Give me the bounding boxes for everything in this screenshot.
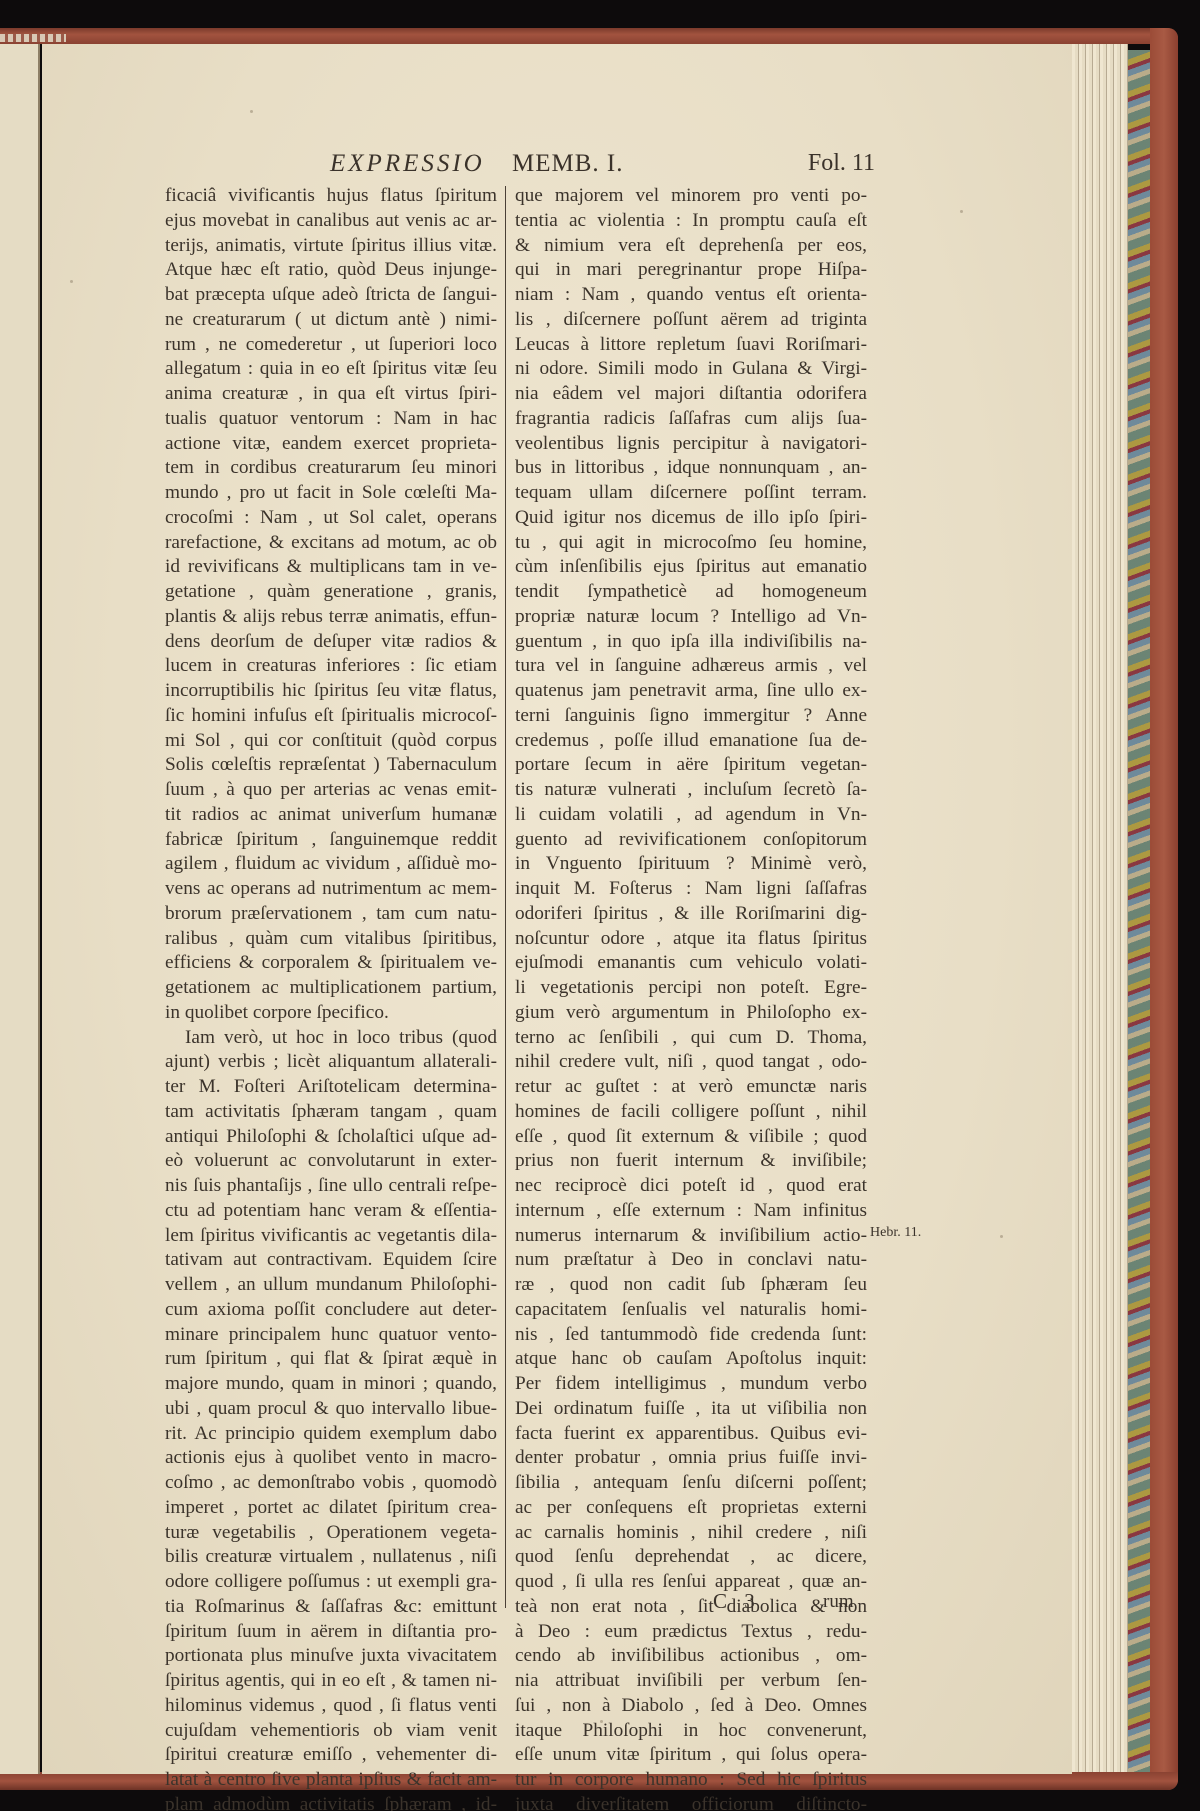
text-line: id revivificans & multiplicans tam in ve… <box>165 555 497 580</box>
text-line: vens ac operans ad nutrimentum ac mem- <box>165 877 497 902</box>
text-line: denter probatur , omnia prius fuiſſe inv… <box>515 1446 867 1471</box>
text-line: Quid igitur nos dicemus de illo ipſo ſpi… <box>515 506 867 531</box>
text-line: tur in corpore humano : Sed hic ſpiritus <box>515 1768 867 1793</box>
text-line: nihil credere vult, niſi , quod tangat ,… <box>515 1050 867 1075</box>
text-line: tu , qui agit in microcoſmo ſeu homine, <box>515 531 867 556</box>
text-line: ſic homini infuſus eſt ſpiritualis micro… <box>165 704 497 729</box>
book-cover-top-edge <box>0 28 1178 44</box>
text-line: ſibilia , antequam ſenſu diſcerni poſſen… <box>515 1471 867 1496</box>
text-line: cujuſdam vehementioris ob viam venit <box>165 1719 497 1744</box>
text-line: nia attribuat inviſibili per verbum ſen- <box>515 1669 867 1694</box>
text-line: retur ac guſtet : at verò emunctæ naris <box>515 1075 867 1100</box>
text-line: ni odore. Simili modo in Gulana & Virgi- <box>515 357 867 382</box>
text-line: Atque hæc eſt ratio, quòd Deus injunge- <box>165 258 497 283</box>
text-line: tentia ac violentia : In promptu cauſa e… <box>515 209 867 234</box>
text-line: tis naturæ vulnerati , incluſum ſecretò … <box>515 778 867 803</box>
text-line: li cuidam volatili , ad agendum in Vn- <box>515 803 867 828</box>
book-cover-right-edge <box>1150 28 1178 1790</box>
text-line: homines de facili colligere poſſunt , ni… <box>515 1100 867 1125</box>
text-line: nis ſuis phantaſijs , ſine ullo centrali… <box>165 1174 497 1199</box>
left-text-column: ficaciâ vivificantis hujus flatus ſpirit… <box>165 184 497 1811</box>
text-line: ac carnalis hominis , nihil credere , ni… <box>515 1521 867 1546</box>
text-line: ſuum , à quo per arterias ac venas emit- <box>165 778 497 803</box>
text-line: internum , eſſe externum : Nam infinitus <box>515 1199 867 1224</box>
text-line: portionata plus minuſve juxta vivacitate… <box>165 1644 497 1669</box>
text-line: itaque Philoſophi in hoc convenerunt, <box>515 1719 867 1744</box>
text-line: plantis & alijs rebus terræ animatis, ef… <box>165 605 497 630</box>
text-line: ne creaturarum ( ut dictum antè ) nimi- <box>165 308 497 333</box>
paper-speck <box>250 110 253 113</box>
paper-speck <box>70 280 73 283</box>
text-line: eſſe , quod ſit externum & viſibile ; qu… <box>515 1125 867 1150</box>
text-line: qui in mari peregrinantur prope Hiſpa- <box>515 258 867 283</box>
text-line: ajunt) verbis ; licèt aliquantum allater… <box>165 1050 497 1075</box>
text-line: facta fuerint ex apparentibus. Quibus ev… <box>515 1422 867 1447</box>
text-line: ac per conſequens eſt proprietas externi <box>515 1496 867 1521</box>
text-line: tequam ullam diſcernere poſſint terram. <box>515 481 867 506</box>
text-line: ter M. Foſteri Ariſtotelicam determina- <box>165 1075 497 1100</box>
text-line: Iam verò, ut hoc in loco tribus (quod <box>165 1026 497 1051</box>
text-line: rarefactione, & excitans ad motum, ac ob <box>165 531 497 556</box>
catchword: rum <box>823 1591 854 1613</box>
text-line: Per fidem intelligimus , mundum verbo <box>515 1372 867 1397</box>
text-line: ejuſmodi emanantis cum vehiculo volati- <box>515 951 867 976</box>
text-line: cendo ab inviſibilibus actionibus , om- <box>515 1644 867 1669</box>
text-line: & nimium vera eſt deprehenſa per eos, <box>515 234 867 259</box>
text-line: ejus movebat in canalibus aut venis ac a… <box>165 209 497 234</box>
text-line: actionis ejus à quolibet vento in macro- <box>165 1446 497 1471</box>
text-line: tativam aut contractivam. Equidem ſcire <box>165 1248 497 1273</box>
text-line: tem in cordibus creaturarum ſeu minori <box>165 456 497 481</box>
text-line: ctu ad potentiam hanc veram & eſſentia- <box>165 1199 497 1224</box>
text-line: lucem in creaturas inferiores : ſic etia… <box>165 654 497 679</box>
text-line: ralibus , quàm cum vitalibus ſpiritibus, <box>165 927 497 952</box>
text-line: anima creaturæ , in qua eſt virtus ſpiri… <box>165 382 497 407</box>
text-line: allegatum : quia in eo eſt ſpiritus vitæ… <box>165 357 497 382</box>
paper-speck <box>960 210 963 213</box>
text-line: vellem , an ullum mundanum Philoſophi- <box>165 1273 497 1298</box>
text-line: terni ſanguinis ſigno immergitur ? Anne <box>515 704 867 729</box>
previous-page-edge <box>0 44 40 1774</box>
text-line: tualis quatuor ventorum : Nam in hac <box>165 407 497 432</box>
text-line: latat à centro ſive planta ipſius & faci… <box>165 1768 497 1793</box>
text-line: bat præcepta uſque adeò ſtricta de ſangu… <box>165 283 497 308</box>
text-line: noſcuntur odore , atque ita flatus ſpiri… <box>515 927 867 952</box>
text-line: guentum , in quo ipſa illa indiviſibilis… <box>515 630 867 655</box>
text-line: Dei ordinatum fuiſſe , ita ut viſibilia … <box>515 1397 867 1422</box>
text-line: minare principalem hunc quatuor vento- <box>165 1323 497 1348</box>
text-line: guento ad revivificationem conſopitorum <box>515 828 867 853</box>
text-line: Leucas à littore repletum ſuavi Roriſmar… <box>515 333 867 358</box>
text-line: odoriferi ſpiritus , & ille Roriſmarini … <box>515 902 867 927</box>
text-line: ſpiritum ſuum in aërem in diſtantia pro- <box>165 1620 497 1645</box>
text-line: actione vitæ, eandem exercet proprieta- <box>165 432 497 457</box>
text-line: rum , ne comederetur , ut ſuperiori loco <box>165 333 497 358</box>
text-line: nia eâdem vel majori diſtantia odorifera <box>515 382 867 407</box>
text-line: hilominus videmus , quod , ſi flatus ven… <box>165 1694 497 1719</box>
text-line: tura vel in ſanguine adhæreus armis , ve… <box>515 654 867 679</box>
paper-speck <box>1000 1235 1003 1238</box>
page-block-edges <box>1068 44 1128 1774</box>
text-line: ubi , quam procul & quo intervallo libue… <box>165 1397 497 1422</box>
folio-number: Fol. 11 <box>808 150 875 177</box>
text-line: rum ſpiritum , qui flat & ſpirat æquè in <box>165 1347 497 1372</box>
text-line: gium verò argumentum in Philoſopho ex- <box>515 1001 867 1026</box>
text-line: propriæ naturæ locum ? Intelligo ad Vn- <box>515 605 867 630</box>
text-line: cùm inſenſibilis ejus ſpiritus aut emana… <box>515 555 867 580</box>
running-head-section: MEMB. I. <box>512 150 623 178</box>
text-line: numerus internarum & inviſibilium actio- <box>515 1224 867 1249</box>
text-line: num præſtatur à Deo in conclavi natu- <box>515 1248 867 1273</box>
text-line: nec reciprocè dici poteſt id , quod erat <box>515 1174 867 1199</box>
text-line: in quolibet corpore ſpecifico. <box>165 1001 497 1026</box>
text-line: capacitatem ſenſualis vel naturalis homi… <box>515 1298 867 1323</box>
text-line: ræ , quod non cadit ſub ſphæram ſeu <box>515 1273 867 1298</box>
text-line: veolentibus lignis percipitur à navigato… <box>515 432 867 457</box>
text-line: bus in littoribus , idque nonnunquam , a… <box>515 456 867 481</box>
text-line: juxta diverſitatem officiorum diſtincto- <box>515 1793 867 1811</box>
text-line: tit radios ac animat univerſum humanæ <box>165 803 497 828</box>
text-line: Solis cœleſtis repræſentat ) Tabernaculu… <box>165 753 497 778</box>
text-line: crocoſmi : Nam , ut Sol calet, operans <box>165 506 497 531</box>
text-line: tendit ſympatheticè ad homogeneum <box>515 580 867 605</box>
text-line: bilis creaturæ virtualem , nullatenus , … <box>165 1545 497 1570</box>
text-line: fragrantia radicis ſaſſafras cum alijs ſ… <box>515 407 867 432</box>
text-line: agilem , fluidum ac vividum , aſſiduè mo… <box>165 852 497 877</box>
text-line: li vegetationis percipi non poteſt. Egre… <box>515 976 867 1001</box>
text-line: inquit M. Foſterus : Nam ligni ſaſſafras <box>515 877 867 902</box>
text-line: ſpiritus agentis, qui in eo eſt , & tame… <box>165 1669 497 1694</box>
running-head: EXPRESSIO MEMB. I. Fol. 11 <box>330 150 875 180</box>
text-line: odore colligere poſſumus : ut exempli gr… <box>165 1570 497 1595</box>
text-line: getatione , quàm generatione , granis, <box>165 580 497 605</box>
column-divider-rule <box>505 186 506 1608</box>
signature-mark: C 3 <box>713 1589 761 1614</box>
text-line: portare ſecum in aëre ſpiritum vegetan- <box>515 753 867 778</box>
text-line: lem ſpiritus vivificantis ac vegetantis … <box>165 1224 497 1249</box>
text-line: lis , diſcernere poſſunt aërem ad trigin… <box>515 308 867 333</box>
text-line: efficiens & corporalem & ſpiritualem ve- <box>165 951 497 976</box>
text-line: tia Roſmarinus & ſaſſafras &c: emittunt <box>165 1595 497 1620</box>
text-line: terno ac ſenſibili , qui cum D. Thoma, <box>515 1026 867 1051</box>
marbled-endpaper <box>1128 50 1150 1772</box>
text-line: turæ vegetabilis , Operationem vegeta- <box>165 1521 497 1546</box>
text-line: imperet , portet ac dilatet ſpiritum cre… <box>165 1496 497 1521</box>
text-line: mi Sol , qui cor conſtituit (quòd corpus <box>165 729 497 754</box>
text-line: getationem ac multiplicationem partium, <box>165 976 497 1001</box>
text-line: ficaciâ vivificantis hujus flatus ſpirit… <box>165 184 497 209</box>
running-head-title: EXPRESSIO <box>330 150 485 178</box>
text-line: quatenus jam penetravit arma, ſine ullo … <box>515 679 867 704</box>
text-line: antiqui Philoſophi & ſcholaſtici uſque a… <box>165 1125 497 1150</box>
text-line: quod , ſi ulla res ſenſui appareat , quæ… <box>515 1570 867 1595</box>
text-line: credemus , poſſe illud emanatione ſua de… <box>515 729 867 754</box>
text-line: prius non fuerit internum & inviſibile; <box>515 1149 867 1174</box>
text-line: in Vnguento ſpirituum ? Minimè verò, <box>515 852 867 877</box>
text-line: ſui , non à Diabolo , ſed à Deo. Omnes <box>515 1694 867 1719</box>
text-line: fabricæ ſpiritum , ſanguinemque reddit <box>165 828 497 853</box>
text-line: plam admodùm activitatis ſphæram , id- <box>165 1793 497 1811</box>
text-line: rit. Ac principio quidem exemplum dabo <box>165 1422 497 1447</box>
text-line: majore mundo, quam in minori ; quando, <box>165 1372 497 1397</box>
right-text-column: que majorem vel minorem pro venti po-ten… <box>515 184 867 1811</box>
text-line: atque hanc ob cauſam Apoſtolus inquit: <box>515 1347 867 1372</box>
text-line: terijs, animatis, virtute ſpiritus illiu… <box>165 234 497 259</box>
text-line: teà non erat nota , ſit diabolica & non <box>515 1595 867 1620</box>
text-line: quod ſenſu deprehendat , ac dicere, <box>515 1545 867 1570</box>
text-line: ſpiritui creaturæ emiſſo , vehementer di… <box>165 1743 497 1768</box>
marginal-note: Hebr. 11. <box>870 1225 921 1241</box>
text-line: mundo , pro ut facit in Sole cœleſti Ma- <box>165 481 497 506</box>
headband <box>0 34 66 42</box>
text-line: cum axioma poſſit concludere aut deter- <box>165 1298 497 1323</box>
text-line: à Deo : eum prædictus Textus , redu- <box>515 1620 867 1645</box>
text-line: eſſe unum vitæ ſpiritum , qui ſolus oper… <box>515 1743 867 1768</box>
text-line: brorum præſervationem , tam cum natu- <box>165 902 497 927</box>
text-line: niam : Nam , quando ventus eſt orienta- <box>515 283 867 308</box>
text-line: eò voluerunt ac convolutarunt in exter- <box>165 1149 497 1174</box>
text-line: nis , ſed tantummodò fide credenda ſunt: <box>515 1323 867 1348</box>
text-line: coſmo , ac demonſtrabo vobis , quomodò <box>165 1471 497 1496</box>
text-line: tam activitatis ſphæram tangam , quam <box>165 1100 497 1125</box>
text-line: dens deorſum de deſuper vitæ radios & <box>165 630 497 655</box>
text-line: que majorem vel minorem pro venti po- <box>515 184 867 209</box>
text-line: incorruptibilis hic ſpiritus ſeu vitæ fl… <box>165 679 497 704</box>
